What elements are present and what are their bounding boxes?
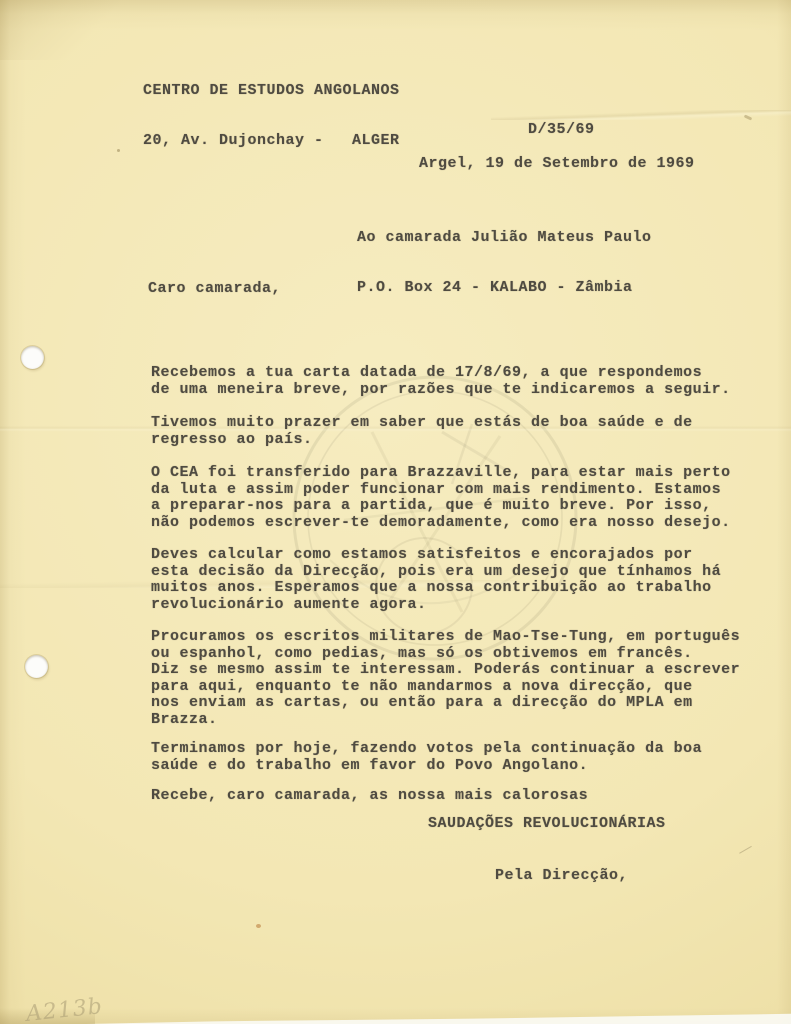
- letter-page: CENTRO DE ESTUDOS ANGOLANOS 20, Av. Dujo…: [0, 0, 791, 1024]
- punch-hole-top: [21, 346, 44, 369]
- recipient-address: Ao camarada Julião Mateus Paulo P.O. Box…: [357, 197, 652, 329]
- pencil-annotation: A213b: [25, 994, 104, 1024]
- dateline: Argel, 19 de Setembro de 1969: [419, 156, 695, 173]
- signature-line: Pela Direcção,: [495, 868, 628, 885]
- body-paragraph-1: Recebemos a tua carta datada de 17/8/69,…: [151, 365, 731, 398]
- punch-hole-bottom: [25, 655, 48, 678]
- body-paragraph-6: Terminamos por hoje, fazendo votos pela …: [151, 741, 702, 774]
- org-name: CENTRO DE ESTUDOS ANGOLANOS: [143, 83, 400, 100]
- reference-number: D/35/69: [528, 122, 595, 139]
- paper-speck: [256, 924, 261, 928]
- salutation: Caro camarada,: [148, 281, 281, 298]
- paper-speck: [744, 114, 753, 120]
- recipient-po-box: P.O. Box 24 - KALABO - Zâmbia: [357, 280, 652, 297]
- body-paragraph-2: Tivemos muito prazer em saber que estás …: [151, 415, 693, 448]
- corner-fold: [0, 0, 120, 60]
- page-edge-highlight: [86, 1012, 791, 1024]
- body-paragraph-5: Procuramos os escritos militares de Mao-…: [151, 629, 740, 728]
- letterhead: CENTRO DE ESTUDOS ANGOLANOS 20, Av. Dujo…: [143, 50, 400, 182]
- closing-salute: SAUDAÇÕES REVOLUCIONÁRIAS: [428, 816, 666, 833]
- org-address: 20, Av. Dujonchay - ALGER: [143, 133, 400, 150]
- closing-line: Recebe, caro camarada, as nossa mais cal…: [151, 788, 588, 805]
- body-paragraph-3: O CEA foi transferido para Brazzaville, …: [151, 465, 731, 531]
- recipient-name: Ao camarada Julião Mateus Paulo: [357, 230, 652, 247]
- pencil-tick-mark: [734, 837, 752, 854]
- paper-speck: [117, 149, 120, 152]
- body-paragraph-4: Deves calcular como estamos satisfeitos …: [151, 547, 721, 613]
